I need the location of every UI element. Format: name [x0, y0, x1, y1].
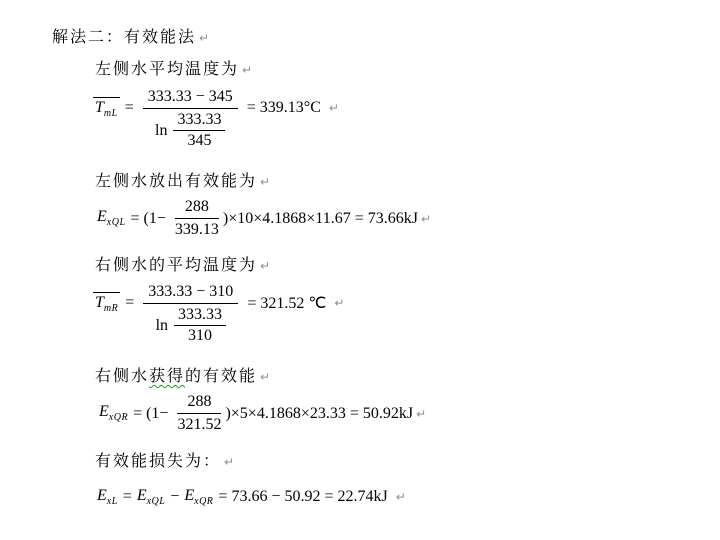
main-fraction: 333.33 − 345 ln 333.33 345 [143, 88, 238, 150]
label-loss: 有效能损失为：↵ [95, 448, 234, 471]
grammar-check-underline: 获得 [149, 368, 185, 385]
fraction-numerator: 333.33 − 345 [143, 88, 238, 109]
label-left-exergy-text: 左侧水放出有效能为 [95, 173, 257, 190]
var-E: E [137, 487, 147, 504]
label-right-temp-text: 右侧水的平均温度为 [95, 257, 257, 274]
label-left-exergy: 左侧水放出有效能为↵ [95, 168, 270, 191]
open-expression: = (1− [133, 405, 168, 423]
fraction-denominator: 339.13 [175, 219, 219, 239]
label-left-temp: 左侧水平均温度为↵ [95, 56, 252, 79]
exergy-right-symbol: ExQR [99, 403, 128, 423]
label-loss-text: 有效能损失为： [95, 453, 221, 470]
paragraph-mark: ↵ [421, 212, 431, 226]
formula-right-temp: TmR = 333.33 − 310 ln 333.33 310 = 321.5… [93, 283, 344, 345]
formula-result: = 321.52 ℃ [247, 293, 326, 313]
label-right-exergy: 右侧水获得的有效能↵ [95, 363, 270, 386]
inner-fraction: 333.33 345 [173, 111, 225, 150]
var-E-subscript: xL [107, 496, 118, 507]
exergy-left-symbol: ExQL [97, 208, 126, 228]
ln-operator: ln [156, 317, 168, 335]
fraction-numerator: 333.33 − 310 [143, 283, 238, 304]
equals-sign: = [123, 488, 132, 506]
paragraph-mark: ↵ [199, 31, 209, 45]
loss-symbol: ExL [97, 487, 118, 507]
carnot-fraction: 288 321.52 [177, 393, 221, 434]
open-expression: = (1− [131, 210, 166, 228]
equals-sign: = [125, 294, 134, 312]
var-E: E [99, 403, 109, 420]
var-E: E [184, 487, 194, 504]
var-T: T [95, 294, 104, 311]
var-E-subscript: xQR [109, 413, 128, 424]
inner-denominator: 310 [174, 326, 226, 345]
inner-numerator: 333.33 [174, 306, 226, 326]
paragraph-mark: ↵ [260, 259, 270, 273]
label-right-exergy-pre: 右侧水 [95, 368, 149, 385]
page-title: 解法二：有效能法 [52, 29, 196, 46]
var-E-subscript: xQR [194, 496, 213, 507]
var-T: T [95, 99, 104, 116]
fraction-numerator: 288 [177, 393, 221, 414]
label-left-temp-text: 左侧水平均温度为 [95, 61, 239, 78]
var-T-subscript: mL [104, 108, 118, 119]
main-fraction: 333.33 − 310 ln 333.33 310 [143, 283, 238, 345]
var-E: E [97, 208, 107, 225]
paragraph-mark: ↵ [224, 455, 234, 469]
paragraph-mark: ↵ [334, 296, 344, 310]
paragraph-mark: ↵ [242, 63, 252, 77]
inner-denominator: 345 [173, 131, 225, 150]
fraction-denominator: 321.52 [177, 414, 221, 434]
paragraph-mark: ↵ [416, 407, 426, 421]
fraction-numerator: 288 [175, 198, 219, 219]
var-E-subscript: xQL [147, 496, 166, 507]
label-right-temp: 右侧水的平均温度为↵ [95, 252, 270, 275]
fraction-denominator: ln 333.33 345 [143, 109, 238, 150]
loss-result: = 73.66 − 50.92 = 22.74kJ [218, 488, 387, 506]
formula-loss: ExL = ExQL − ExQR = 73.66 − 50.92 = 22.7… [97, 487, 406, 507]
exergy-right-term: ExQR [184, 487, 213, 507]
minus-sign: − [170, 488, 179, 506]
var-E: E [97, 487, 107, 504]
paragraph-mark: ↵ [260, 175, 270, 189]
equals-sign: = [125, 99, 134, 117]
paragraph-mark: ↵ [260, 370, 270, 384]
carnot-fraction: 288 339.13 [175, 198, 219, 239]
tbar-left-symbol: TmL [93, 97, 120, 119]
close-expression: )×5×4.1868×23.33 = 50.92kJ [225, 405, 413, 423]
close-expression: )×10×4.1868×11.67 = 73.66kJ [223, 210, 418, 228]
ln-operator: ln [155, 122, 167, 140]
var-T-subscript: mR [104, 303, 118, 314]
label-right-exergy-post: 的有效能 [185, 368, 257, 385]
formula-left-temp: TmL = 333.33 − 345 ln 333.33 345 = 339.1… [93, 88, 339, 150]
var-E-subscript: xQL [107, 218, 126, 229]
tbar-right-symbol: TmR [93, 292, 120, 314]
exergy-left-term: ExQL [137, 487, 166, 507]
inner-fraction: 333.33 310 [174, 306, 226, 345]
formula-right-exergy: ExQR = (1− 288 321.52 )×5×4.1868×23.33 =… [99, 393, 426, 434]
inner-numerator: 333.33 [173, 111, 225, 131]
title-line: 解法二：有效能法↵ [52, 24, 209, 47]
fraction-denominator: ln 333.33 310 [143, 304, 238, 345]
document-page: 解法二：有效能法↵ 左侧水平均温度为↵ TmL = 333.33 − 345 l… [0, 0, 720, 540]
paragraph-mark: ↵ [396, 490, 406, 504]
formula-left-exergy: ExQL = (1− 288 339.13 )×10×4.1868×11.67 … [97, 198, 431, 239]
paragraph-mark: ↵ [329, 101, 339, 115]
formula-result: = 339.13°C [247, 99, 321, 117]
